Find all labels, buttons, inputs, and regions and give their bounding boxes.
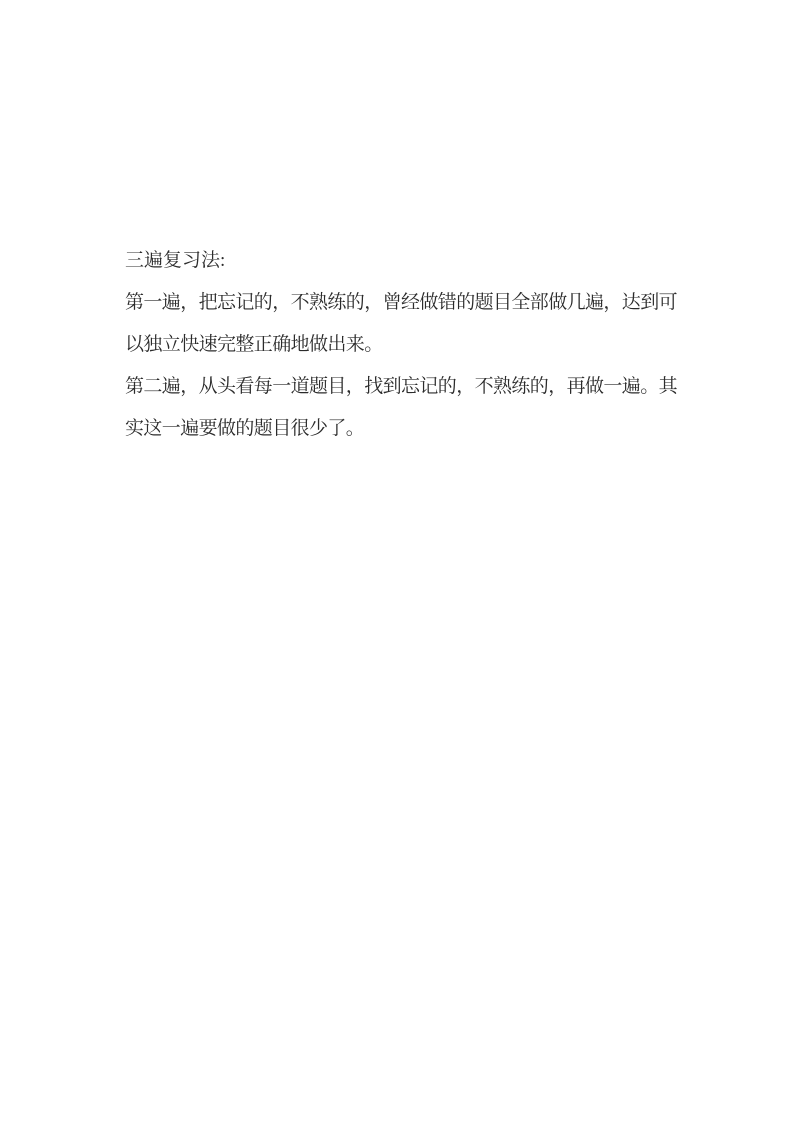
document-content: 三遍复习法: 第一遍，把忘记的，不熟练的，曾经做错的题目全部做几遍，达到可 以独… [125,240,685,450]
document-heading: 三遍复习法: [125,240,685,282]
paragraph-1-line-1: 第一遍，把忘记的，不熟练的，曾经做错的题目全部做几遍，达到可 [125,282,685,324]
paragraph-1-line-2: 以独立快速完整正确地做出来。 [125,324,685,366]
paragraph-1: 第一遍，把忘记的，不熟练的，曾经做错的题目全部做几遍，达到可 以独立快速完整正确… [125,282,685,366]
paragraph-2: 第二遍，从头看每一道题目，找到忘记的，不熟练的，再做一遍。其 实这一遍要做的题目… [125,366,685,450]
paragraph-2-line-2: 实这一遍要做的题目很少了。 [125,408,685,450]
document-page: 三遍复习法: 第一遍，把忘记的，不熟练的，曾经做错的题目全部做几遍，达到可 以独… [0,0,793,1122]
paragraph-2-line-1: 第二遍，从头看每一道题目，找到忘记的，不熟练的，再做一遍。其 [125,366,685,408]
